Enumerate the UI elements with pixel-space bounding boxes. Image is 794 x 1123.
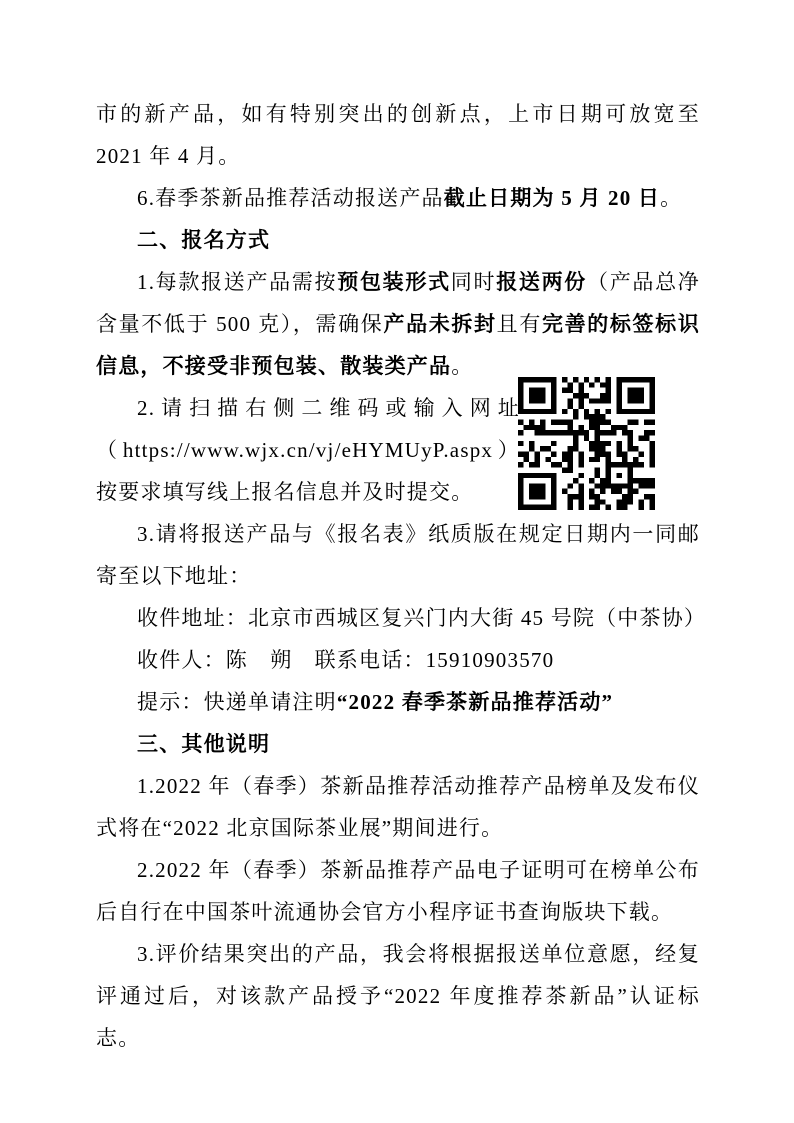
- paragraph-express-note: 提示：快递单请注明“2022 春季茶新品推荐活动”: [96, 681, 700, 723]
- qr-code: [518, 377, 655, 510]
- text-run: 1.2022 年（春季）茶新品推荐活动推荐产品榜单及发布仪式将在“2022 北京…: [96, 774, 700, 840]
- text-run: 产品未拆封: [383, 312, 496, 336]
- text-run: 3.请将报送产品与《报名表》纸质版在规定日期内一同邮寄至以下地址：: [96, 522, 700, 588]
- paragraph-address: 收件地址：北京市西城区复兴门内大街 45 号院（中茶协）: [96, 597, 700, 639]
- page-body-text: 市的新产品，如有特别突出的创新点，上市日期可放宽至 2021 年 4 月。 6.…: [96, 93, 700, 1059]
- paragraph-recipient: 收件人：陈 朔 联系电话：15910903570: [96, 639, 700, 681]
- paragraph-packaging: 1.每款报送产品需按预包装形式同时报送两份（产品总净含量不低于 500 克），需…: [96, 261, 700, 387]
- text-run: 二、报名方式: [137, 228, 270, 252]
- text-run: 预包装形式: [337, 270, 451, 294]
- text-run: 且有: [497, 312, 542, 336]
- text-run: 收件人：陈 朔 联系电话：15910903570: [137, 648, 554, 672]
- text-run: 三、其他说明: [137, 732, 270, 756]
- section-heading-other-notes: 三、其他说明: [96, 723, 700, 765]
- text-run: 1.每款报送产品需按: [137, 270, 337, 294]
- text-run: 截止日期为 5 月 20 日: [444, 186, 660, 210]
- section-heading-registration: 二、报名方式: [96, 219, 700, 261]
- paragraph-continuation: 市的新产品，如有特别突出的创新点，上市日期可放宽至 2021 年 4 月。: [96, 93, 700, 177]
- text-run: 市的新产品，如有特别突出的创新点，上市日期可放宽至 2021 年 4 月。: [96, 102, 700, 168]
- text-run: 6.春季茶新品推荐活动报送产品: [137, 186, 444, 210]
- text-run: 。: [451, 354, 473, 378]
- document-page: { "page": { "background": "#ffffff", "te…: [0, 0, 794, 1123]
- paragraph-certificate: 2.2022 年（春季）茶新品推荐产品电子证明可在榜单公布后自行在中国茶叶流通协…: [96, 849, 700, 933]
- paragraph-deadline: 6.春季茶新品推荐活动报送产品截止日期为 5 月 20 日。: [96, 177, 700, 219]
- text-run: 3.评价结果突出的产品，我会将根据报送单位意愿，经复评通过后，对该款产品授予“2…: [96, 942, 700, 1050]
- text-run: 2.2022 年（春季）茶新品推荐产品电子证明可在榜单公布后自行在中国茶叶流通协…: [96, 858, 700, 924]
- text-run: 同时: [451, 270, 496, 294]
- text-run: 提示：快递单请注明: [137, 690, 337, 714]
- text-run: 2.请扫描右侧二维码或输入网址（https://www.wjx.cn/vj/eH…: [96, 396, 520, 504]
- text-run: “2022 春季茶新品推荐活动”: [337, 690, 613, 714]
- paragraph-mailing: 3.请将报送产品与《报名表》纸质版在规定日期内一同邮寄至以下地址：: [96, 513, 700, 597]
- text-run: 。: [660, 186, 682, 210]
- text-run: 报送两份: [496, 270, 587, 294]
- paragraph-announcement: 1.2022 年（春季）茶新品推荐活动推荐产品榜单及发布仪式将在“2022 北京…: [96, 765, 700, 849]
- paragraph-qr-instruction: 2.请扫描右侧二维码或输入网址（https://www.wjx.cn/vj/eH…: [96, 387, 520, 513]
- text-run: 收件地址：北京市西城区复兴门内大街 45 号院（中茶协）: [137, 606, 706, 630]
- paragraph-certification-label: 3.评价结果突出的产品，我会将根据报送单位意愿，经复评通过后，对该款产品授予“2…: [96, 933, 700, 1059]
